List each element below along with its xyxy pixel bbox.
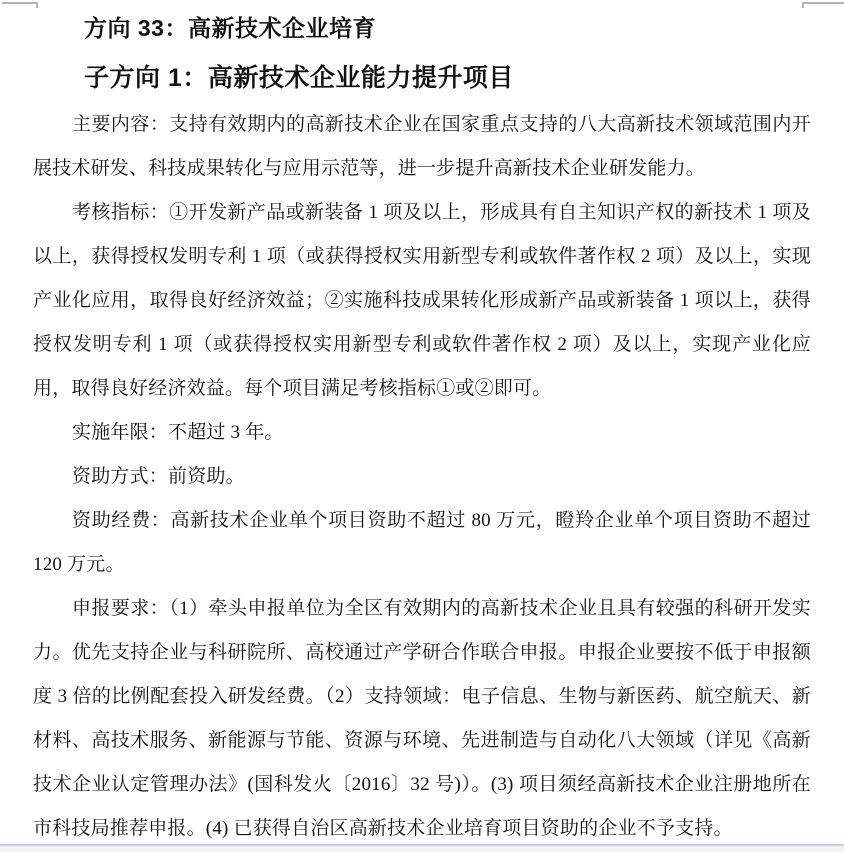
paragraph-application-requirements: 申报要求：（1）牵头申报单位为全区有效期内的高新技术企业且具有较强的科研开发实力… (33, 587, 811, 851)
direction-heading: 方向 33：高新技术企业培育 (33, 13, 811, 43)
sub-direction-heading: 子方向 1：高新技术企业能力提升项目 (33, 62, 811, 94)
paragraph-main-content: 主要内容：支持有效期内的高新技术企业在国家重点支持的八大高新技术领域范围内开展技… (33, 103, 811, 191)
paragraph-funding-method: 资助方式：前资助。 (33, 455, 811, 499)
paragraph-implementation-period: 实施年限：不超过 3 年。 (33, 411, 811, 455)
paragraph-assessment-indicators: 考核指标：①开发新产品或新装备 1 项及以上，形成具有自主知识产权的新技术 1 … (33, 191, 811, 411)
paragraph-funding-amount: 资助经费：高新技术企业单个项目资助不超过 80 万元，瞪羚企业单个项目资助不超过… (33, 499, 811, 587)
document-content: 方向 33：高新技术企业培育 子方向 1：高新技术企业能力提升项目 主要内容：支… (33, 0, 811, 851)
document-page[interactable]: 方向 33：高新技术企业培育 子方向 1：高新技术企业能力提升项目 主要内容：支… (0, 0, 844, 852)
page-bottom-edge (0, 844, 844, 852)
